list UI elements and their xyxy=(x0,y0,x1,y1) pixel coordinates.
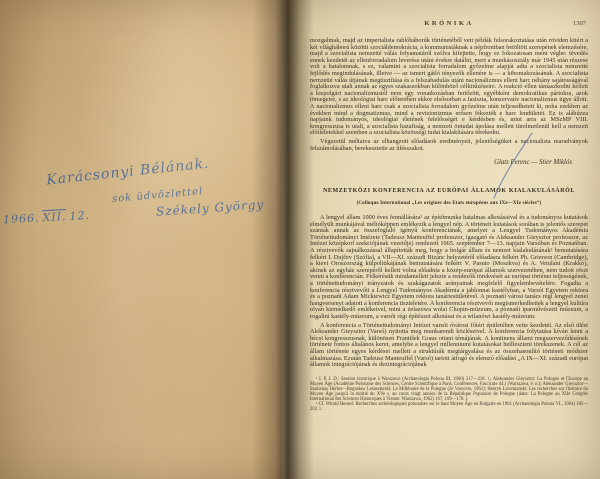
previous-article-byline: Glatz Ferenc — Stier Miklós xyxy=(310,159,572,166)
dedication-date-day: 12. xyxy=(69,209,90,223)
dedication-date-month: XII. xyxy=(42,210,67,224)
page-number: 1307 xyxy=(573,20,586,27)
left-page: Karácsonyi Bélának. sok üdvözlettel Szék… xyxy=(0,0,284,479)
right-page-text-column: KRÓNIKA 1307 mozgalmak, majd az imperial… xyxy=(282,0,600,412)
article-paragraph-2: A konferencia a Történettudományi Intéze… xyxy=(310,323,588,369)
dedication-date: 1966.XII.12. xyxy=(3,209,94,227)
article-paragraph-1: A lengyel állam 1000 éves fennállására¹ … xyxy=(310,215,588,321)
previous-article-continuation-paragraph: mozgalmak, majd az imperialista rablóháb… xyxy=(310,38,588,137)
dedication-greeting: sok üdvözlettel xyxy=(112,186,204,205)
dedication-date-year: 1966. xyxy=(3,211,40,226)
dedication-signature: Székely György xyxy=(156,197,265,219)
dedication-recipient: Karácsonyi Bélának. xyxy=(46,155,211,188)
article-title: NEMZETKÖZI KONFERENCIA AZ EURÓPAI ÁLLAMO… xyxy=(310,188,588,194)
book-spread-photo: Karácsonyi Bélának. sok üdvözlettel Szék… xyxy=(0,0,600,479)
right-page: KRÓNIKA 1307 mozgalmak, majd az imperial… xyxy=(282,0,600,479)
footnote-1: ¹ I. P. J. D.: Session historique à Wars… xyxy=(310,377,588,402)
article-subtitle: (Colloque International „Les origines de… xyxy=(310,201,588,206)
running-header: KRÓNIKA xyxy=(310,20,588,27)
running-header-row: KRÓNIKA 1307 xyxy=(310,20,588,29)
previous-article-closing-paragraph: Végezetül méltatva az elhangzott előadás… xyxy=(310,139,588,152)
footnote-2: ² Cf. Witold Hensel: Recherches archéolo… xyxy=(310,402,588,412)
footnotes-block: ¹ I. P. J. D.: Session historique à Wars… xyxy=(310,377,588,413)
